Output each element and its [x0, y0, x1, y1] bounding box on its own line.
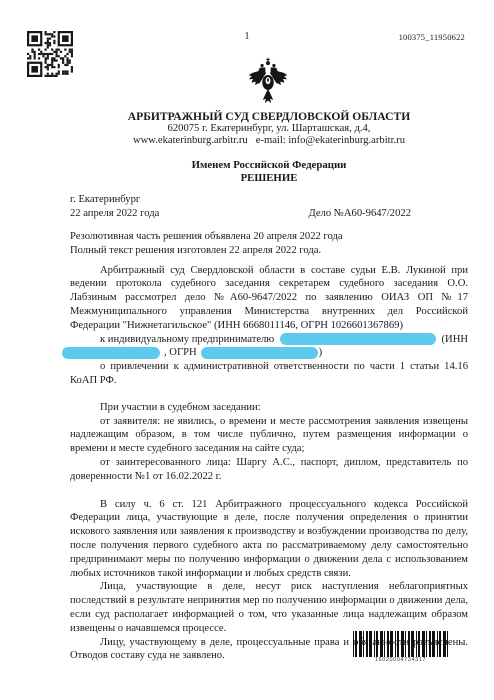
full-text-line: Полный текст решения изготовлен 22 апрел…	[70, 244, 468, 258]
in-the-name-line: Именем Российской Федерации	[70, 159, 468, 172]
barcode: 16020004734317	[353, 631, 448, 664]
apk-notice-paragraph: В силу ч. 6 ст. 121 Арбитражного процесс…	[70, 498, 468, 581]
resolutive-part-line: Резолютивная часть решения объявлена 20 …	[70, 230, 468, 244]
case-number: Дело №А60-9647/2022	[309, 207, 412, 221]
decision-heading: Именем Российской Федерации РЕШЕНИЕ	[70, 159, 468, 184]
scanned-court-decision-page: 1 100375_11950622 АРБИТРАЖНЫЙ СУД СВЕРДЛ	[0, 0, 494, 700]
city-line: г. Екатеринбург	[70, 193, 468, 207]
risk-notice-paragraph: Лица, участвующие в деле, несут риск нас…	[70, 580, 468, 635]
court-address: 620075 г. Екатеринбург, ул. Шарташская, …	[70, 123, 468, 135]
case-meta: г. Екатеринбург 22 апреля 2022 года Дело…	[70, 193, 468, 220]
respondent-prefix: к индивидуальному предпринимателю	[70, 333, 274, 347]
court-header: АРБИТРАЖНЫЙ СУД СВЕРДЛОВСКОЙ ОБЛАСТИ 620…	[70, 110, 468, 147]
redaction-respondent-name	[280, 333, 435, 345]
court-website: www.ekaterinburg.arbitr.ru	[133, 135, 248, 146]
redaction-inn-value	[62, 347, 160, 359]
from-interested-paragraph: от заинтересованного лица: Шаргу А.С., п…	[70, 456, 468, 484]
inn-open-label: (ИНН	[442, 333, 468, 347]
respondent-line-1: к индивидуальному предпринимателю (ИНН	[70, 333, 468, 347]
participation-heading: При участии в судебном заседании:	[70, 401, 468, 415]
date-case-row: 22 апреля 2022 года Дело №А60-9647/2022	[70, 207, 468, 221]
court-composition-paragraph: Арбитражный суд Свердловской области в с…	[70, 264, 468, 333]
document-body: АРБИТРАЖНЫЙ СУД СВЕРДЛОВСКОЙ ОБЛАСТИ 620…	[70, 0, 468, 663]
respondent-line-2: , ОГРН )	[70, 346, 468, 360]
decision-date: 22 апреля 2022 года	[70, 207, 159, 221]
court-email: e-mail: info@ekaterinburg.arbitr.ru	[256, 135, 405, 146]
redaction-ogrn-value	[201, 347, 318, 359]
court-name: АРБИТРАЖНЫЙ СУД СВЕРДЛОВСКОЙ ОБЛАСТИ	[70, 110, 468, 123]
barcode-number: 16020004734317	[353, 657, 448, 664]
doc-type-title: РЕШЕНИЕ	[70, 172, 468, 185]
paren-close: )	[319, 346, 323, 360]
from-applicant-paragraph: от заявителя: не явились, о времени и ме…	[70, 415, 468, 456]
court-contacts: www.ekaterinburg.arbitr.rue-mail: info@e…	[70, 135, 468, 147]
charge-paragraph: о привлечении к административной ответст…	[70, 360, 468, 388]
ogrn-label: , ОГРН	[164, 346, 197, 360]
